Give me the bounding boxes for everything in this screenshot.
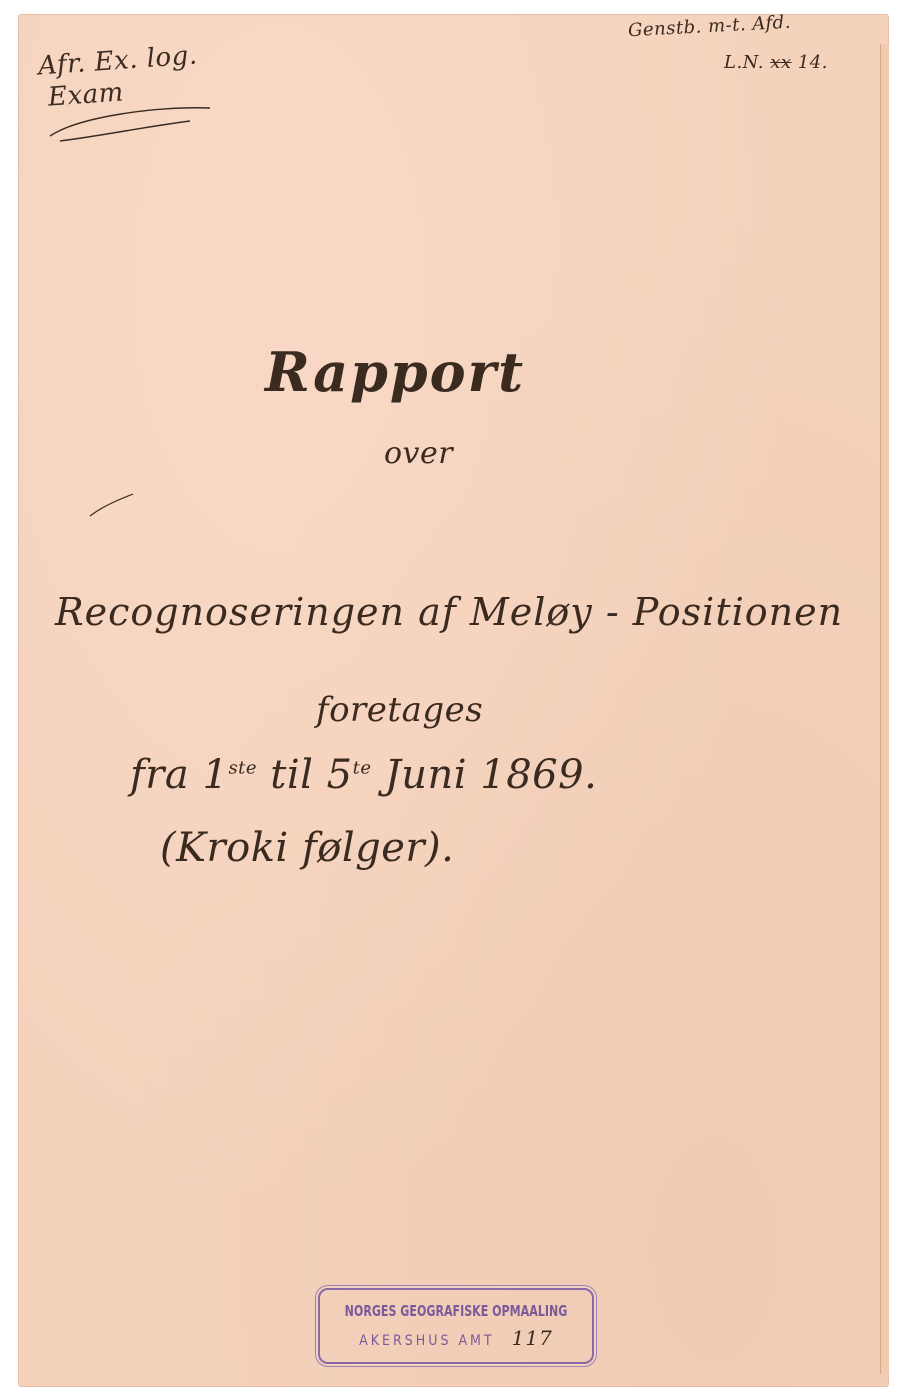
signature-flourish-icon [40,96,220,146]
body-line-dates: fra 1ste til 5te Juni 1869. [130,752,597,798]
body-line-foretages: foretages [316,690,483,730]
stray-pen-mark-icon [88,488,138,518]
stamp-institution: NORGES GEOGRAFISKE OPMAALING [344,1302,567,1320]
paper-fold-edge [880,44,889,1374]
ln-prefix: L.N. [724,52,764,73]
body-line-kroki: (Kroki følger). [160,825,454,871]
stamp-region: AKERSHUS AMT 117 [320,1326,592,1350]
date-from-suffix: ste [228,758,257,779]
stamp-region-name: AKERSHUS AMT [359,1333,494,1349]
document-subtitle: over [384,436,453,471]
stamp-number: 117 [512,1326,553,1350]
body-line-recognosering: Recognoseringen af Meløy - Positionen [55,590,843,634]
document-title: Rapport [265,340,525,404]
date-month-year: Juni 1869. [372,752,598,798]
date-from: fra 1 [130,752,228,798]
date-to-suffix: te [353,758,372,779]
top-right-annotation-line2: L.N. xx 14. [724,52,828,73]
struck-number: xx [770,52,791,73]
date-to: til 5 [257,752,353,798]
ln-number: 14. [798,52,828,73]
archive-stamp: NORGES GEOGRAFISKE OPMAALING AKERSHUS AM… [318,1288,594,1364]
